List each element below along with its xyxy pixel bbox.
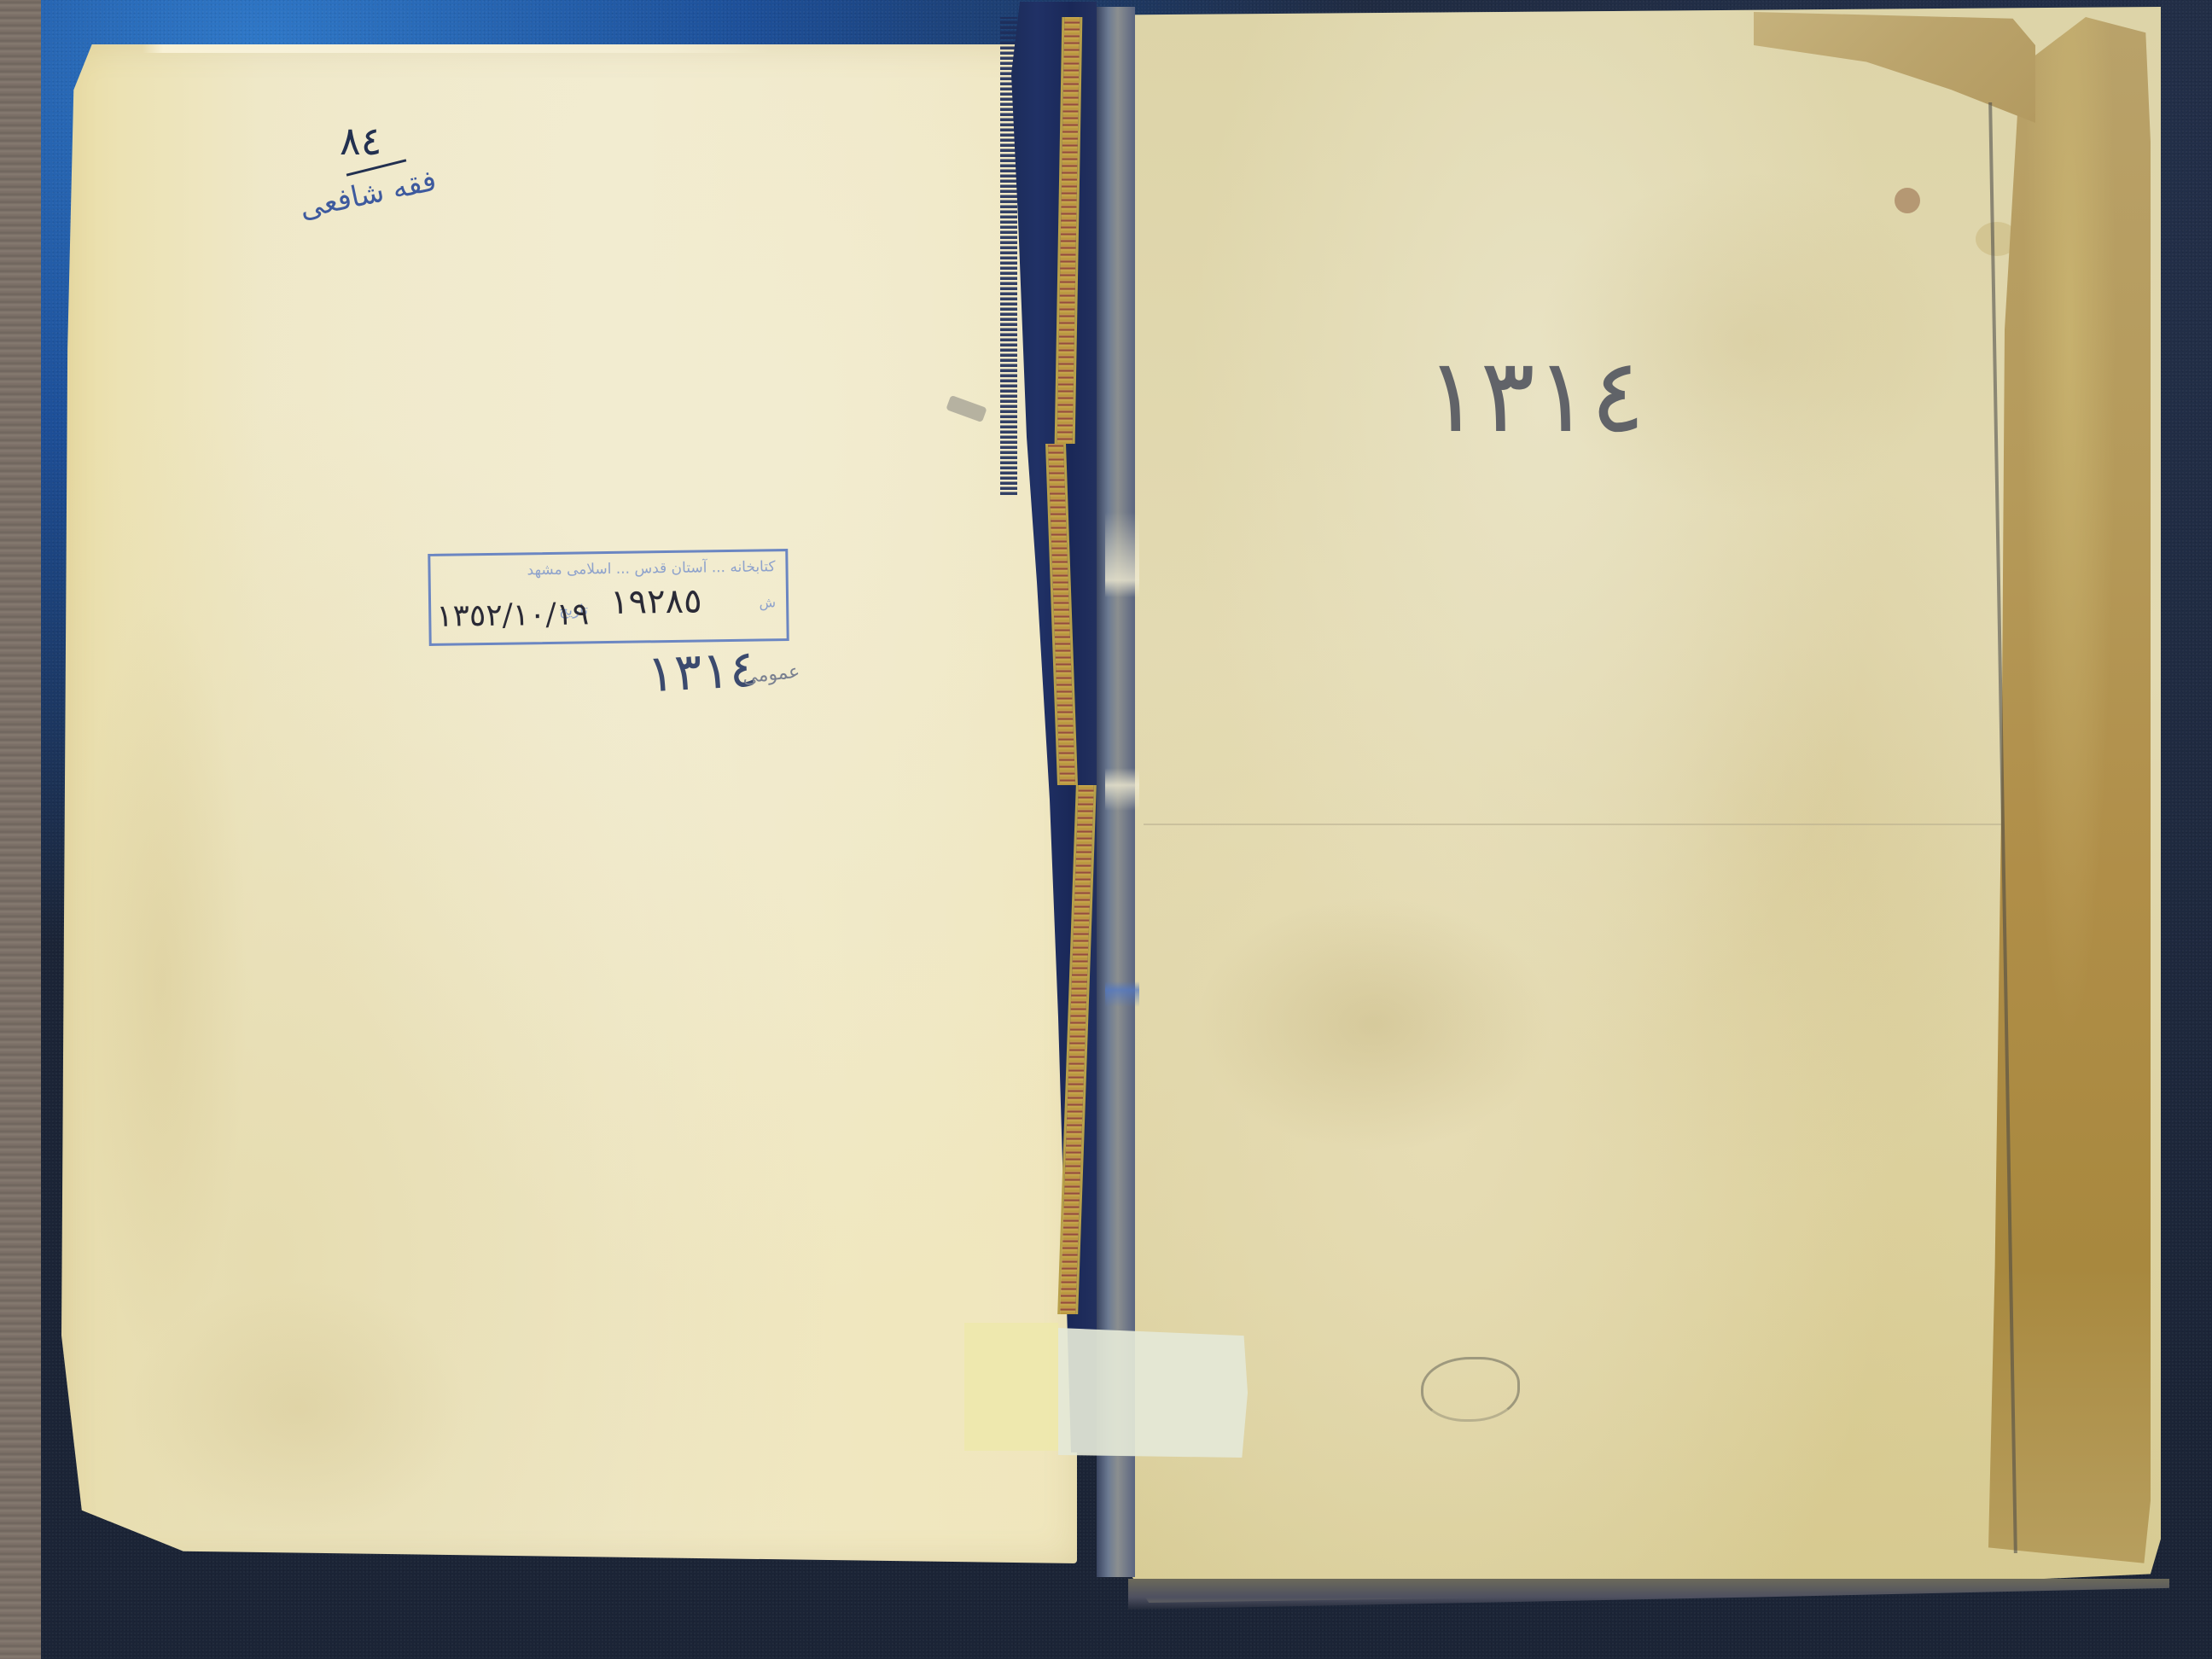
left-page-top-edge bbox=[61, 44, 1077, 53]
repair-tape-right bbox=[1058, 1328, 1248, 1458]
spine-fringe bbox=[1000, 17, 1017, 495]
right-page-pencil-number: ١٣١٤ bbox=[1425, 337, 1645, 456]
repair-tape-left bbox=[964, 1323, 1058, 1451]
library-stamp: کتابخانه ... آستان قدس ... اسلامی مشهد ش… bbox=[428, 549, 789, 646]
stamp-date: ١٣٥٢/١٠/١٩ bbox=[436, 597, 590, 633]
stamp-number-label: ش bbox=[759, 594, 776, 610]
manuscript-photo: ١٣١٤ ٨٤ فقه شافعی کتابخانه ... آستان قدس… bbox=[0, 0, 2212, 1659]
stamp-accession-number: ١٩٢٨٥ bbox=[610, 581, 702, 621]
wooden-table-edge bbox=[0, 0, 41, 1659]
joint-paper-flecks bbox=[1105, 512, 1139, 1365]
worm-damage-mark bbox=[1421, 1357, 1520, 1422]
pastedown-crease bbox=[1144, 824, 2023, 825]
stamp-library-name: کتابخانه ... آستان قدس ... اسلامی مشهد bbox=[527, 558, 775, 579]
corner-note-number: ٨٤ bbox=[340, 118, 381, 164]
left-flyleaf-page bbox=[61, 44, 1077, 1563]
